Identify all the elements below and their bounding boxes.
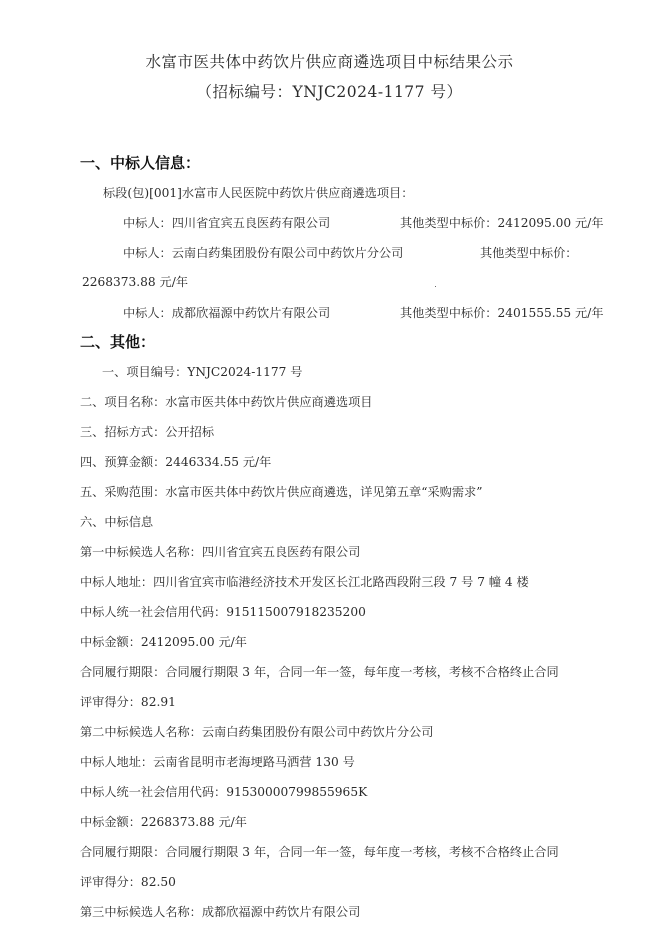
candidate-1-name: 第一中标候选人名称：四川省宜宾五良医药有限公司 [80, 543, 360, 560]
section1-heading: 一、中标人信息： [80, 152, 200, 173]
candidate-3-name: 第三中标候选人名称：成都欣福源中药饮片有限公司 [80, 903, 360, 920]
winner-2-name: 中标人：云南白药集团股份有限公司中药饮片分公司 [123, 244, 403, 261]
winner-3-price: 其他类型中标价：2401555.55 元/年 [400, 304, 604, 321]
winner-1-price: 其他类型中标价：2412095.00 元/年 [400, 214, 604, 231]
winner-1-name: 中标人：四川省宜宾五良医药有限公司 [123, 214, 330, 231]
candidate-1-term: 合同履行期限：合同履行期限 3 年，合同一年一签，每年度一考核，考核不合格终止合… [80, 663, 559, 680]
candidate-2-score: 评审得分：82.50 [80, 873, 176, 890]
winner-2-price-value: 2268373.88 元/年 [82, 273, 188, 290]
item-method: 三、招标方式：公开招标 [80, 423, 214, 440]
candidate-1-credit-code: 中标人统一社会信用代码：915115007918235200 [80, 603, 366, 620]
candidate-2-amount: 中标金额：2268373.88 元/年 [80, 813, 247, 830]
item-award-info: 六、中标信息 [80, 513, 153, 530]
candidate-2-name: 第二中标候选人名称：云南白药集团股份有限公司中药饮片分公司 [80, 723, 433, 740]
candidate-1-address: 中标人地址：四川省宜宾市临港经济技术开发区长江北路西段附三段 7 号 7 幢 4… [80, 573, 529, 590]
winner-2-price-label: 其他类型中标价： [480, 244, 578, 261]
item-project-name: 二、项目名称：水富市医共体中药饮片供应商遴选项目 [80, 393, 373, 410]
candidate-2-credit-code: 中标人统一社会信用代码：91530000799855965K [80, 783, 367, 800]
item-scope: 五、采购范围：水富市医共体中药饮片供应商遴选，详见第五章“采购需求” [80, 483, 482, 500]
candidate-2-term: 合同履行期限：合同履行期限 3 年，合同一年一签，每年度一考核，考核不合格终止合… [80, 843, 559, 860]
stray-dot [435, 286, 436, 287]
lot-line: 标段(包)[001]水富市人民医院中药饮片供应商遴选项目： [103, 184, 413, 201]
item-budget: 四、预算金额：2446334.55 元/年 [80, 453, 271, 470]
document-subtitle: （招标编号：YNJC2024-1177 号） [0, 80, 659, 102]
section2-heading: 二、其他： [80, 331, 155, 352]
candidate-1-amount: 中标金额：2412095.00 元/年 [80, 633, 247, 650]
candidate-2-address: 中标人地址：云南省昆明市老海埂路马洒营 130 号 [80, 753, 355, 770]
document-title: 水富市医共体中药饮片供应商遴选项目中标结果公示 [0, 50, 659, 72]
candidate-1-score: 评审得分：82.91 [80, 693, 176, 710]
winner-3-name: 中标人：成都欣福源中药饮片有限公司 [123, 304, 330, 321]
item-project-number: 一、项目编号：YNJC2024-1177 号 [102, 363, 302, 380]
